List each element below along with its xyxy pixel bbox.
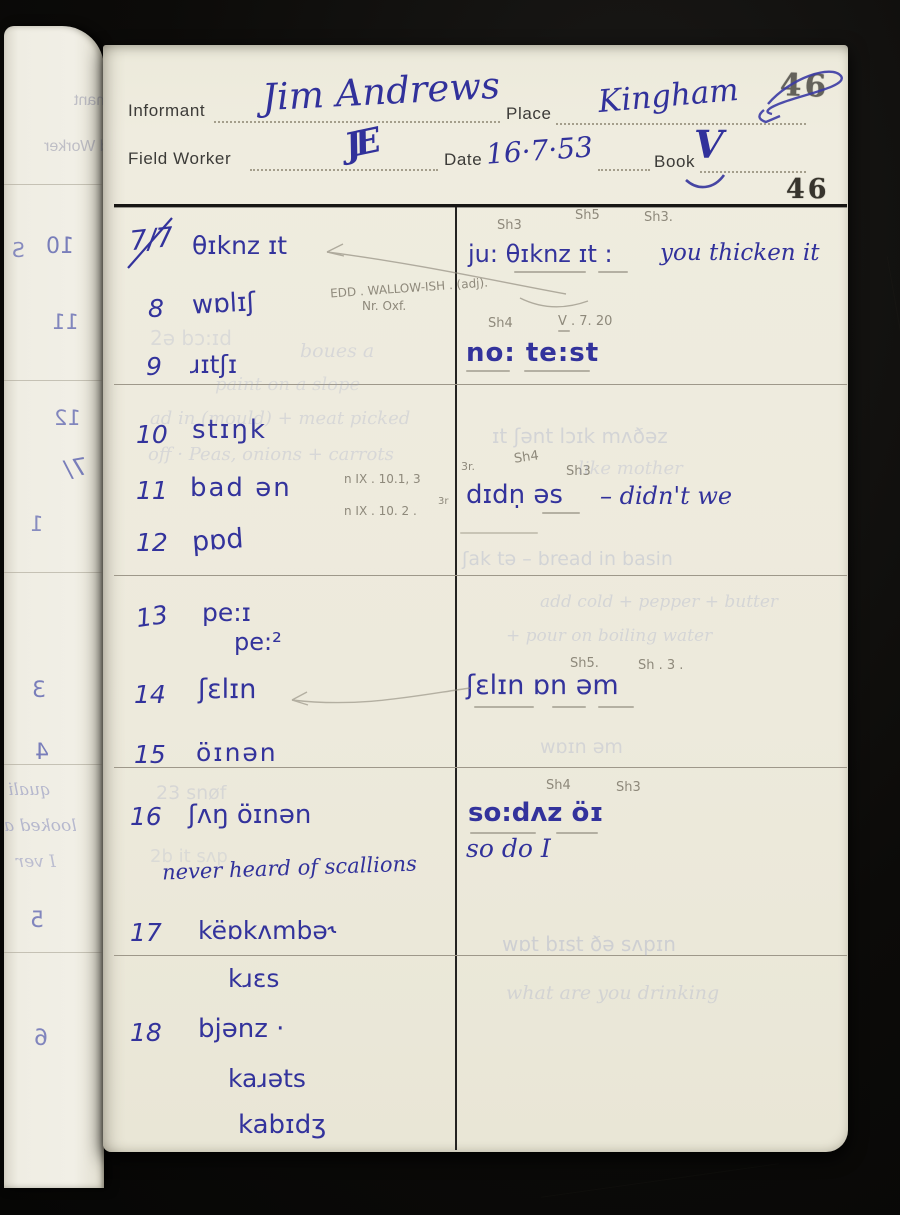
- entry-phonetic: θɪknz ɪt: [192, 231, 287, 260]
- entry-number: 11: [136, 476, 168, 505]
- ghost-text: ɪt ʃənt lɔɪk mʌðəz: [492, 424, 668, 448]
- entry-number: 7/7: [128, 222, 174, 257]
- entry-number: 8: [148, 294, 164, 323]
- pencil-underline: [514, 271, 586, 273]
- right-entry-phonetic: ju: θɪknz ɪt :: [468, 240, 613, 268]
- strip-mark: 1: [30, 512, 43, 536]
- pencil-underline: [542, 512, 580, 514]
- ghost-text: add cold + pepper + butter: [540, 592, 778, 612]
- pencil-ref: V . 7. 20: [558, 314, 612, 329]
- row-rule: [114, 575, 847, 576]
- entry-number: 9: [146, 352, 162, 381]
- scratch-mark: [541, 1163, 779, 1197]
- entry-phonetic: bjənz ·: [198, 1014, 284, 1044]
- ghost-text: 23 snøf: [156, 782, 226, 804]
- ghost-text: off · Peas, onions + carrots: [148, 444, 394, 465]
- dotted-line: [598, 169, 650, 171]
- row-rule: [114, 767, 847, 768]
- ghost-text: 2b it sʌp: [150, 846, 228, 867]
- dotted-line: [250, 169, 438, 171]
- book-label: Book: [654, 152, 695, 172]
- strip-mark: 10: [46, 234, 74, 259]
- entry-phonetic: wɒlɪʃ: [191, 287, 256, 320]
- scratch-mark: [887, 256, 900, 345]
- pencil-underline: [460, 532, 538, 534]
- pencil-note-edd: Nr. Oxf.: [362, 299, 406, 313]
- pencil-sh-ref: Sh3: [497, 218, 522, 233]
- strip-mark: 11: [52, 310, 79, 334]
- right-entry-phonetic: no: te:st: [466, 338, 599, 368]
- strip-ghost-word: quali: [8, 780, 51, 800]
- dotted-line: [214, 121, 500, 123]
- ghost-text: wɒɪn əm: [540, 736, 623, 758]
- strip-mark: 3: [32, 678, 46, 703]
- entry-phonetic: pe:ɪ: [202, 598, 251, 627]
- strip-ghost-word: looked a: [4, 816, 77, 836]
- pencil-underline: [598, 706, 634, 708]
- right-entry-phonetic: so:dʌz öɪ: [468, 798, 604, 828]
- entry-phonetic: öɪnən: [196, 738, 278, 767]
- entry-phonetic-variant: pe:²: [234, 628, 282, 656]
- strip-mark: 6: [34, 1026, 48, 1051]
- pencil-sh-ref: Sh4: [488, 316, 513, 331]
- entry-number: 15: [134, 740, 166, 769]
- strip-mark: S: [12, 238, 25, 262]
- pencil-underline: [598, 271, 628, 273]
- strip-ghost-word: I ver: [16, 852, 56, 872]
- right-entry-phonetic: dɪdṇ əs: [466, 480, 563, 510]
- entry-phonetic-variant: kaɹəts: [228, 1064, 306, 1093]
- ghost-text: ʃak tə – bread in basin: [462, 548, 673, 570]
- pencil-underline: [556, 832, 598, 834]
- mirrored-informant-label: Informant: [74, 92, 104, 110]
- strip-rule: [4, 764, 104, 765]
- entry-phonetic: këɒkʌmbə˞: [198, 916, 336, 945]
- right-entry-english: – didn't we: [600, 482, 732, 510]
- entry-phonetic-variant: kɹɛs: [228, 964, 279, 993]
- pencil-sh-ref: Sh4: [546, 778, 571, 793]
- pencil-sh-ref: Sh5.: [570, 656, 599, 671]
- informant-label: Informant: [128, 101, 205, 121]
- pencil-sh-ref: Sh3.: [644, 210, 673, 225]
- strip-rule: [4, 572, 104, 573]
- entry-number: 18: [130, 1018, 162, 1047]
- strip-mark: 4: [35, 740, 49, 765]
- ghost-text: boues a: [300, 340, 374, 362]
- entry-number: 13: [134, 600, 170, 633]
- ghost-text: + pour on boiling water: [506, 626, 712, 646]
- pencil-underline: [474, 706, 534, 708]
- pencil-underline: [558, 330, 570, 332]
- ghost-text: wɒt bɪst ðə sʌpɪn: [502, 932, 676, 956]
- scanned-notebook-photo: Informant Field Worker 10 S 11 12 7/ 1 3…: [0, 0, 900, 1215]
- page-number-stamp: 46: [786, 174, 830, 205]
- mirrored-fieldworker-label: Field Worker: [44, 138, 104, 156]
- dotted-line: [700, 171, 806, 173]
- strip-mark: 12: [54, 406, 81, 430]
- entry-phonetic-variant: kabɪdʒ: [238, 1110, 326, 1140]
- strip-rule: [4, 380, 104, 381]
- pencil-ix-reference: n IX . 10. 2 .: [344, 504, 417, 518]
- entry-number: 12: [136, 528, 168, 557]
- pencil-underline: [524, 370, 590, 372]
- right-entry-english: so do I: [466, 834, 551, 863]
- page-number-crossed-out: 46: [779, 67, 829, 105]
- previous-page-edge: Informant Field Worker 10 S 11 12 7/ 1 3…: [4, 26, 104, 1188]
- fieldworker-label: Field Worker: [128, 149, 231, 169]
- pencil-superscript: 3r: [438, 496, 448, 507]
- strip-rule: [4, 184, 104, 185]
- strip-rule: [4, 952, 104, 953]
- entry-number: 16: [130, 802, 162, 831]
- date-label: Date: [444, 150, 482, 170]
- pencil-superscript: 3r.: [461, 460, 475, 473]
- strip-mark: 7/: [62, 452, 90, 484]
- pencil-sh-ref: Sh5: [575, 208, 600, 223]
- dotted-line: [556, 123, 806, 125]
- pencil-ix-reference: n IX . 10.1, 3: [344, 472, 421, 486]
- right-entry-phonetic: ʃɛlɪn ɒn əm: [466, 670, 619, 701]
- ghost-text: ad in (mould) + meat picked: [150, 408, 410, 429]
- ghost-text: 2ə bɔ:ɪd: [150, 326, 232, 350]
- right-entry-english: you thicken it: [660, 240, 820, 266]
- pencil-sh-ref: Sh3: [616, 780, 641, 795]
- entry-number: 14: [134, 680, 166, 709]
- row-rule: [114, 955, 847, 956]
- book-value: V: [694, 122, 723, 167]
- column-divider: [455, 207, 457, 1150]
- strip-mark: 5: [30, 908, 44, 933]
- pencil-underline: [552, 706, 586, 708]
- entry-phonetic: ʃɛlɪn: [198, 674, 256, 705]
- pencil-sh-ref: Sh . 3 .: [638, 658, 683, 673]
- entry-number: 17: [130, 918, 162, 947]
- entry-phonetic: ʃʌŋ öɪnən: [188, 800, 311, 830]
- place-label: Place: [506, 104, 552, 124]
- ghost-text: paint on a slope: [215, 374, 360, 395]
- pencil-underline: [466, 370, 510, 372]
- entry-phonetic: bad ən: [190, 473, 292, 503]
- table-top-border: [114, 204, 847, 207]
- entry-phonetic: pɒd: [191, 523, 244, 558]
- ghost-text: like mother: [578, 458, 683, 479]
- ghost-text: what are you drinking: [506, 982, 719, 1004]
